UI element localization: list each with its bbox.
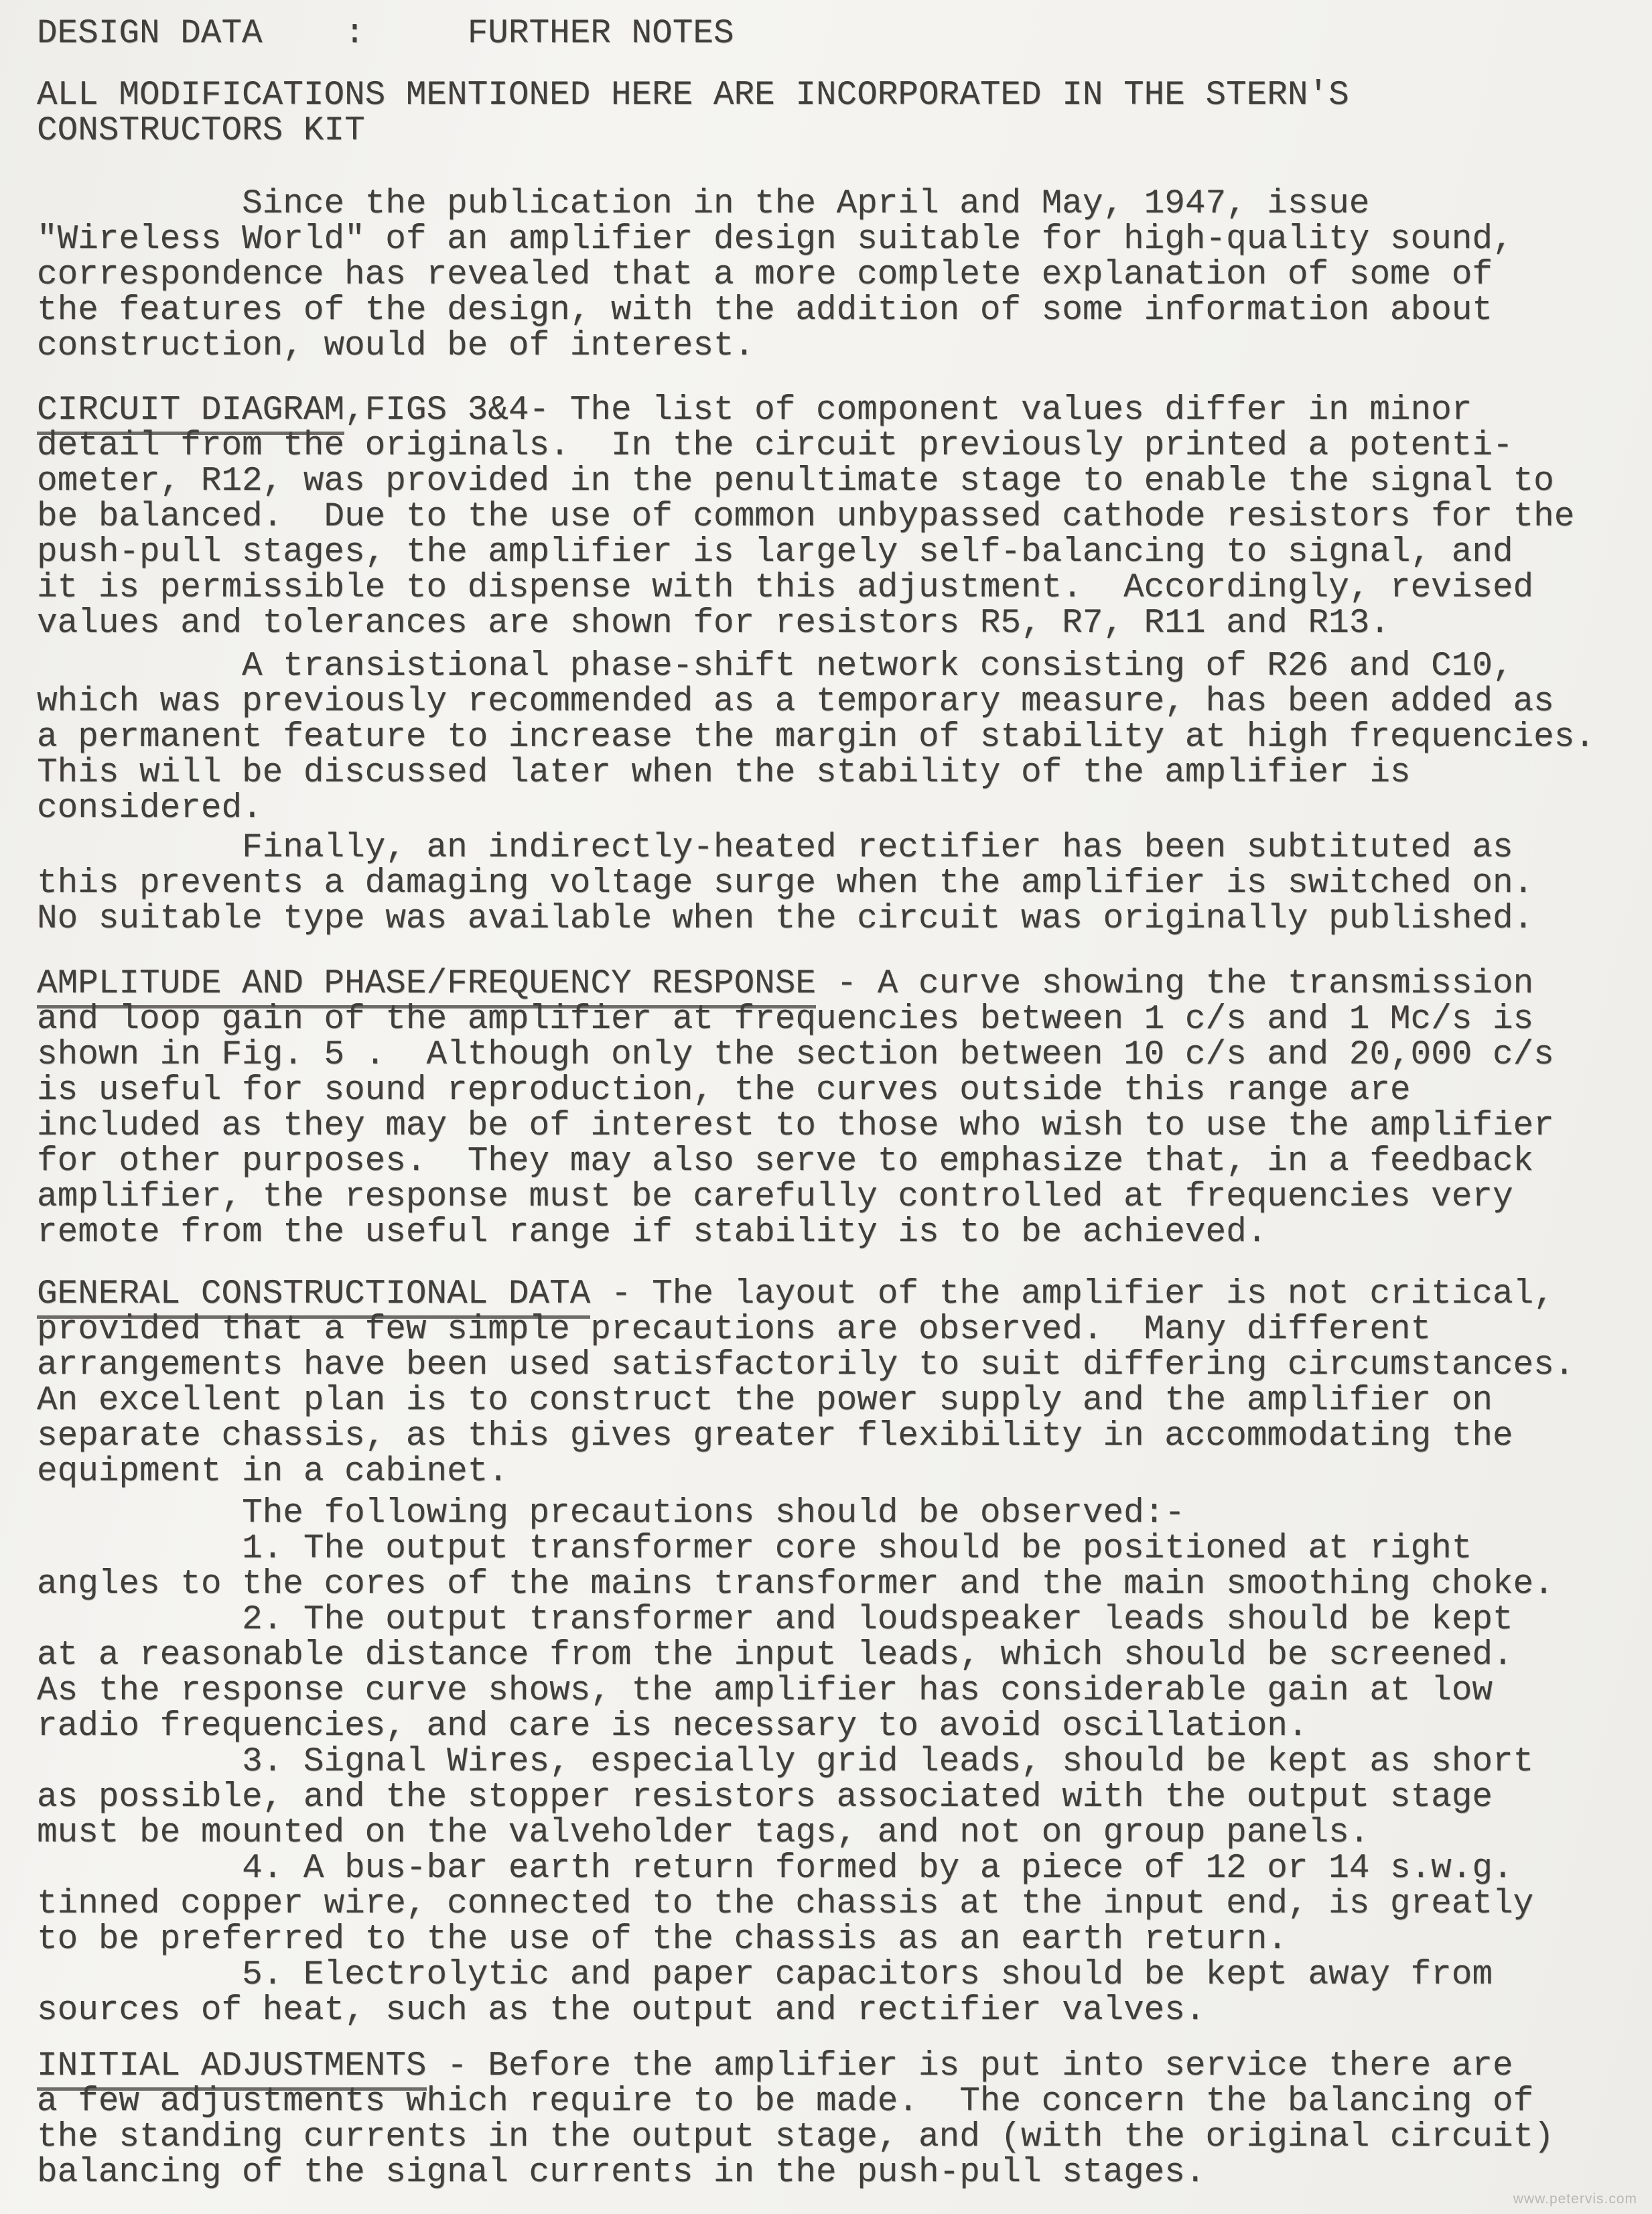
section-constructional-data: GENERAL CONSTRUCTIONAL DATA - The layout… [37,1277,1652,1490]
phase-shift-paragraph: A transistional phase-shift network cons… [37,649,1652,826]
section-initial-adjustments: INITIAL ADJUSTMENTS - Before the amplifi… [37,2048,1652,2191]
section-amplitude-response: AMPLITUDE AND PHASE/FREQUENCY RESPONSE -… [37,966,1652,1250]
section-body-circuit-diagram: ,FIGS 3&4- The list of component values … [37,391,1574,643]
scanned-document-page: DESIGN DATA : FURTHER NOTES ALL MODIFICA… [0,0,1652,2214]
section-circuit-diagram: CIRCUIT DIAGRAM,FIGS 3&4- The list of co… [37,393,1652,641]
page-title: DESIGN DATA : FURTHER NOTES [37,16,1652,52]
precautions-list: The following precautions should be obse… [37,1496,1652,2028]
rectifier-paragraph: Finally, an indirectly-heated rectifier … [37,830,1652,937]
modifications-notice: ALL MODIFICATIONS MENTIONED HERE ARE INC… [37,78,1652,149]
section-body-amplitude-response: - A curve showing the transmission and l… [37,965,1554,1252]
watermark: www.petervis.com [1513,2191,1637,2207]
intro-paragraph: Since the publication in the April and M… [37,186,1652,364]
